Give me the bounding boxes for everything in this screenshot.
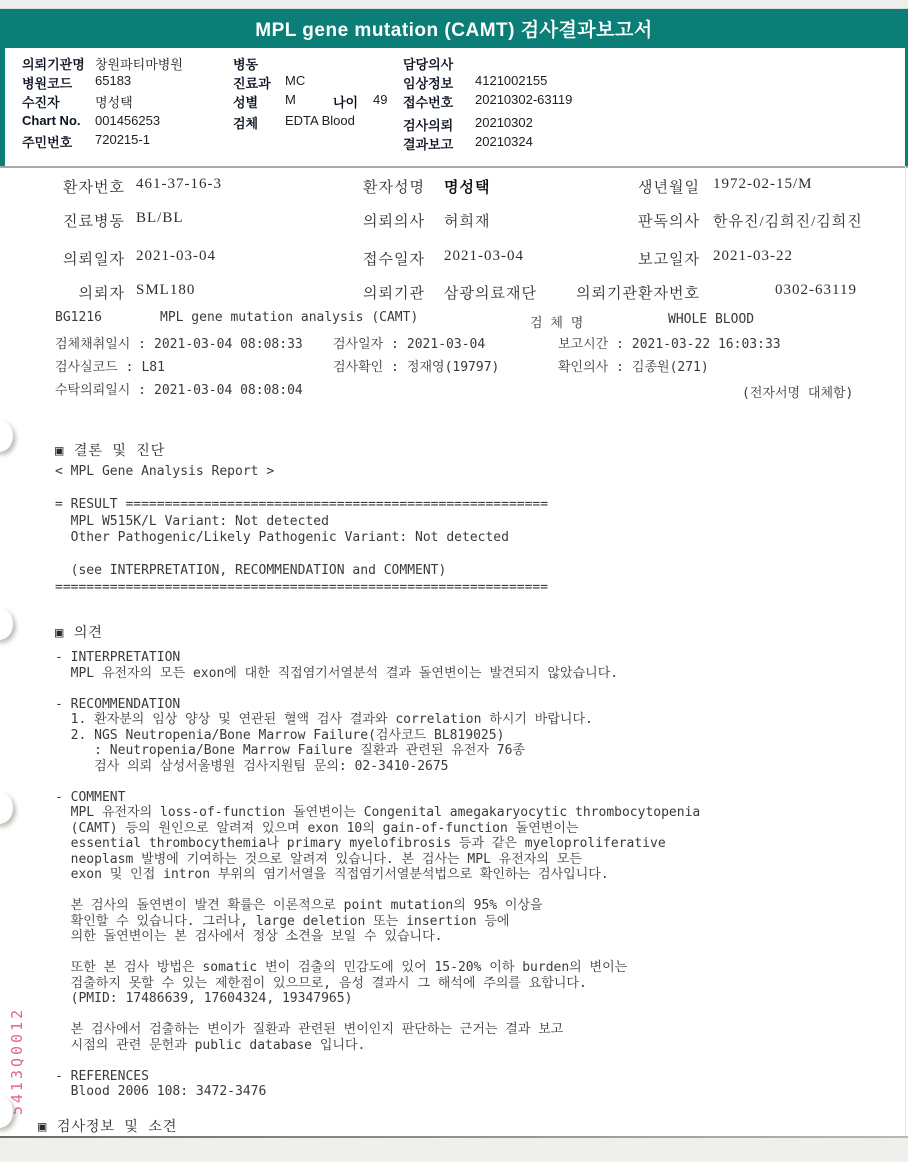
scan-edge-bottom: [0, 1138, 908, 1162]
header-value: 20210302: [475, 115, 533, 130]
header-label: Chart No.: [22, 113, 81, 128]
scan-artifact-hole: [0, 608, 13, 640]
header-label: 병원코드: [22, 73, 72, 92]
patient-name-value: 명성택: [444, 176, 490, 197]
test-date: 검사일자 :2021-03-04: [333, 333, 485, 352]
scan-edge-right: [905, 166, 906, 1136]
header-value: 65183: [95, 73, 131, 88]
patient-value: BL/BL: [136, 210, 184, 227]
patient-value: 461-37-16-3: [136, 176, 222, 193]
result-block: < MPL Gene Analysis Report > = RESULT ==…: [55, 464, 548, 596]
patient-label: 진료병동: [30, 210, 125, 231]
header-value: M: [285, 92, 296, 107]
header-label: 의뢰기관명: [22, 54, 85, 73]
header-label: 주민번호: [22, 132, 72, 151]
patient-value: SML180: [136, 282, 195, 299]
section-title-opinion: ▣ 의견: [55, 622, 103, 642]
patient-value: 2021-03-22: [713, 248, 793, 265]
section-title-conclusion: ▣ 결론 및 진단: [55, 440, 165, 460]
referral-label: 수탁의뢰일시 :: [55, 383, 146, 398]
patient-label: 판독의사: [575, 210, 700, 231]
header-label: 수진자: [22, 92, 60, 111]
collected-datetime: 검체채취일시 :2021-03-04 08:08:33: [55, 333, 303, 352]
header-label: 결과보고: [403, 134, 453, 153]
lab-code-value: L81: [141, 360, 164, 375]
header-separator: [0, 166, 908, 168]
scan-artifact-hole: [0, 420, 13, 452]
test-date-label: 검사일자 :: [333, 337, 399, 352]
verified-value: 정재영(19797): [407, 360, 499, 375]
header-value: 20210302-63119: [475, 92, 572, 107]
referral-value: 2021-03-04 08:08:04: [154, 383, 303, 398]
patient-value: 허희재: [444, 210, 490, 231]
specimen-value: WHOLE BLOOD: [668, 312, 754, 327]
header-value: 창원파티마병원: [95, 54, 183, 73]
verified-by: 검사확인 :정재영(19797): [333, 356, 499, 375]
confirm-doctor: 확인의사 :김종원(271): [558, 356, 709, 375]
patient-value: 한유진/김희진/김희진: [713, 210, 863, 231]
header-value: 720215-1: [95, 132, 150, 147]
specimen-label: 검 체 명: [530, 312, 583, 331]
test-code: BG1216: [55, 310, 102, 325]
header-value: EDTA Blood: [285, 113, 355, 128]
lab-code: 검사실코드 :L81: [55, 356, 165, 375]
scan-edge-top: [0, 0, 908, 9]
report-time: 보고시간 :2021-03-22 16:03:33: [558, 333, 781, 352]
patient-label: 환자성명: [300, 176, 425, 197]
page-title: MPL gene mutation (CAMT) 검사결과보고서: [255, 15, 652, 42]
patient-value: 2021-03-04: [136, 248, 216, 265]
patient-label: 보고일자: [575, 248, 700, 269]
esign-note: (전자서명 대체함): [742, 382, 853, 401]
header-value: 4121002155: [475, 73, 547, 88]
header-label: 접수번호: [403, 92, 453, 111]
header-label: 검체: [233, 113, 258, 132]
patient-value: 1972-02-15/M: [713, 176, 813, 193]
test-name: MPL gene mutation analysis (CAMT): [160, 310, 418, 325]
lab-report-page: MPL gene mutation (CAMT) 검사결과보고서 의뢰기관명 창…: [0, 0, 908, 1162]
header-label: 진료과: [233, 73, 271, 92]
header-label: 성별: [233, 92, 258, 111]
patient-label: 생년월일: [575, 176, 700, 197]
patient-label: 의뢰기관: [300, 282, 425, 303]
opinion-block: - INTERPRETATION MPL 유전자의 모든 exon에 대한 직접…: [55, 650, 700, 1100]
patient-value: 0302-63119: [775, 282, 857, 299]
collected-label: 검체채취일시 :: [55, 337, 146, 352]
patient-label: 의뢰일자: [30, 248, 125, 269]
header-label: 병동: [233, 54, 258, 73]
patient-label: 접수일자: [300, 248, 425, 269]
header-label: 담당의사: [403, 54, 453, 73]
confirm-doctor-label: 확인의사 :: [558, 360, 624, 375]
patient-label: 의뢰자: [30, 282, 125, 303]
test-date-value: 2021-03-04: [407, 337, 485, 352]
header-label: 임상정보: [403, 73, 453, 92]
header-info-box: 의뢰기관명 창원파티마병원 병원코드 65183 수진자 명성택 Chart N…: [0, 48, 908, 166]
patient-label: 의뢰의사: [300, 210, 425, 231]
header-value: 명성택: [95, 92, 133, 111]
header-value: 49: [373, 92, 387, 107]
header-label: 나이: [333, 92, 358, 111]
verified-label: 검사확인 :: [333, 360, 399, 375]
report-title-bar: MPL gene mutation (CAMT) 검사결과보고서: [0, 9, 908, 48]
patient-label: 의뢰기관환자번호: [560, 282, 700, 303]
header-value: MC: [285, 73, 305, 88]
specimen-barcode-number: 5413Q0012: [8, 1001, 30, 1121]
report-time-value: 2021-03-22 16:03:33: [632, 337, 781, 352]
patient-value: 2021-03-04: [444, 248, 524, 265]
collected-value: 2021-03-04 08:08:33: [154, 337, 303, 352]
header-value: 001456253: [95, 113, 160, 128]
scan-artifact-hole: [0, 792, 13, 824]
header-label: 검사의뢰: [403, 115, 453, 134]
patient-label: 환자번호: [30, 176, 125, 197]
confirm-doctor-value: 김종원(271): [632, 360, 709, 375]
patient-value: 삼광의료재단: [444, 282, 537, 303]
referral-datetime: 수탁의뢰일시 :2021-03-04 08:08:04: [55, 379, 303, 398]
report-time-label: 보고시간 :: [558, 337, 624, 352]
lab-code-label: 검사실코드 :: [55, 360, 133, 375]
section-title-test-info: ▣ 검사정보 및 소견: [38, 1116, 177, 1136]
header-value: 20210324: [475, 134, 533, 149]
